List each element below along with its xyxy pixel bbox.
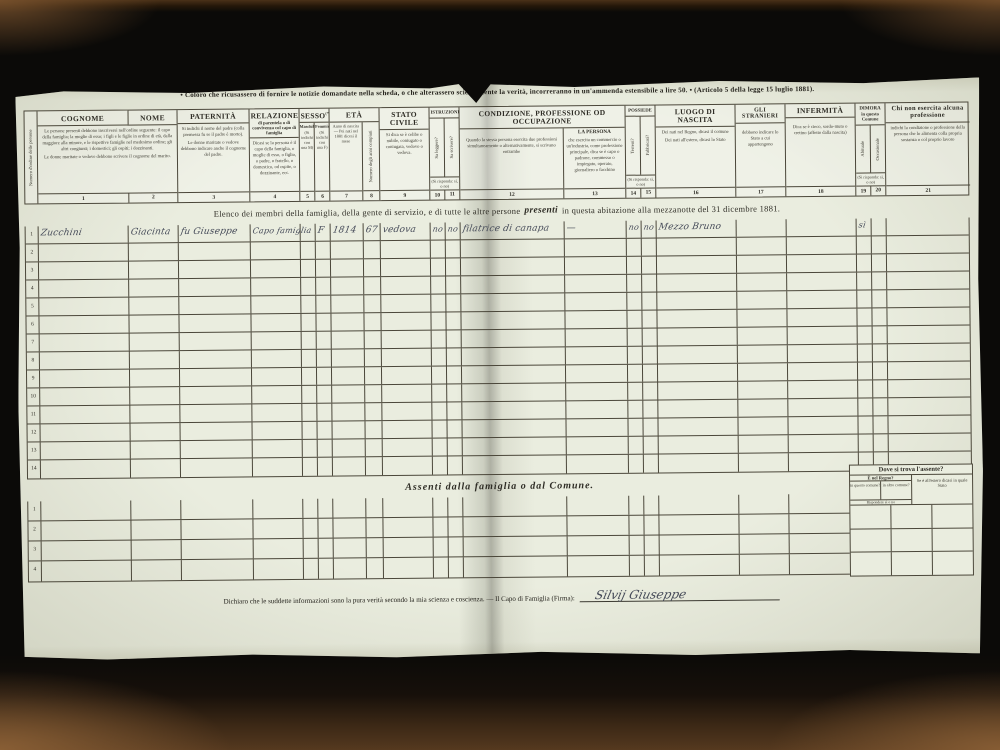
cell-relazione — [253, 519, 303, 538]
cell-sesso-f — [319, 539, 334, 558]
cell-dimora-abituale — [858, 416, 873, 433]
cell-anni-compiuti — [364, 313, 381, 330]
cell-nome — [130, 351, 180, 368]
handwriting-paternita: fu Giuseppe — [180, 227, 239, 238]
cell-sa-leggere — [431, 259, 446, 276]
cell-paternita: fu Giuseppe — [179, 224, 251, 242]
cell-sa-scrivere — [447, 420, 462, 437]
row-number: 1 — [28, 501, 41, 520]
cell-dimora-occasionale — [872, 218, 887, 235]
cell-la-persona — [566, 347, 628, 365]
cell-sa-leggere — [431, 277, 446, 294]
col-paternita: PATERNITÀ Si indichi il nome del padre (… — [177, 109, 250, 202]
cell-fabbricati — [643, 346, 658, 363]
col-istruzione: ISTRUZIONE Sa leggere? Sa scrivere? (Si … — [429, 107, 460, 199]
cell-stato-civile — [382, 421, 432, 438]
cell-dimora-abituale — [857, 272, 872, 289]
cell-anno-nascita — [331, 313, 364, 330]
cell-sa-leggere — [433, 439, 448, 456]
row-number: 7 — [27, 334, 40, 351]
col-num-21: 21 — [886, 187, 970, 194]
cell-relazione — [253, 458, 303, 476]
absent-location-box: Dove si trova l'assente? È nel Regno? in… — [849, 463, 974, 576]
col-stranieri: GLI STRANIERI debbono indicare lo Stato … — [735, 104, 786, 196]
cell-chi-non-esercita — [887, 271, 971, 289]
cell-nome — [132, 560, 182, 580]
cell-infermita — [788, 363, 858, 381]
cell-sesso-m — [303, 499, 318, 518]
infermita-note: Dica se è cieco, sordo-muto o cretino (a… — [786, 117, 856, 186]
dimora-title: DIMORA in questo Comune — [855, 103, 884, 125]
row-number: 10 — [27, 388, 40, 405]
cell-luogo-nascita — [657, 292, 737, 310]
cell-terreni — [628, 419, 643, 436]
cell-paternita — [181, 458, 253, 477]
handwriting-anno: 1814 — [332, 225, 357, 235]
cell-anni-compiuti — [364, 295, 381, 312]
cell-dimora-abituale — [857, 236, 872, 253]
cell-sa-scrivere — [449, 557, 464, 577]
col-luogo-nascita: LUOGO DI NASCITA Dei nati nel Regno, dic… — [655, 105, 736, 198]
col-dimora: DIMORA in questo Comune Abituale Occasio… — [855, 103, 886, 195]
cell-nome — [132, 540, 182, 559]
cell-sa-scrivere — [449, 537, 464, 556]
col-num-18: 18 — [786, 188, 855, 195]
cell-sesso-f — [317, 368, 332, 385]
cell-fabbricati — [643, 382, 658, 399]
cell-relazione — [251, 278, 301, 295]
cell-stranieri — [737, 291, 787, 308]
handwriting-dimora: sì — [858, 220, 867, 229]
cell-anno-nascita — [332, 385, 365, 402]
sesso-maschile: Maschile (Si indichi con una M) 5 — [300, 123, 315, 201]
cell-luogo-nascita — [659, 495, 739, 515]
cell-fabbricati — [643, 400, 658, 417]
cell-stato-civile — [383, 498, 433, 517]
cell-luogo-nascita — [657, 274, 737, 292]
col-possiede: POSSIEDE Terreni? Fabbricati? (Si rispon… — [625, 105, 656, 197]
cell-terreni — [628, 401, 643, 418]
cell-nome — [129, 297, 179, 314]
cell-relazione: Capo famiglia — [251, 224, 301, 241]
cell-anni-compiuti — [365, 403, 382, 420]
luogo-note: Dei nati nel Regno, dicasi il comune Dei… — [656, 126, 736, 187]
cell-anno-nascita — [332, 331, 365, 348]
cell-la-persona — [567, 496, 629, 516]
paternita-note: Si indichi il nome del padre (colla prem… — [178, 123, 250, 192]
stranieri-title: GLI STRANIERI — [735, 104, 784, 123]
col-condizione-professione: CONDIZIONE, PROFESSIONE OD OCCUPAZIONE Q… — [459, 106, 626, 200]
cell-anni-compiuti — [365, 349, 382, 366]
cell-anno-nascita — [333, 439, 366, 456]
cell-paternita — [180, 350, 252, 368]
cell-terreni — [627, 293, 642, 310]
handwriting-anni: 67 — [365, 225, 379, 235]
cell-relazione — [253, 499, 303, 518]
cell-la-persona: — — [565, 221, 627, 239]
cell-dimora-occasionale — [872, 236, 887, 253]
cell-terreni — [629, 516, 644, 535]
sesso-femmina: Femmina (Si indichi con una F) 6 — [314, 123, 329, 201]
cognome-nome-note: Le persone presenti debbono inscriversi … — [38, 125, 178, 193]
istruzione-scrivere: Sa scrivere? — [444, 118, 459, 176]
cell-stranieri — [738, 399, 788, 416]
cell-sa-leggere — [432, 421, 447, 438]
cell-anno-nascita — [332, 421, 365, 438]
cell-condizione — [461, 275, 565, 293]
col-num-14: 14 — [626, 190, 640, 196]
cell-sesso-f — [318, 458, 333, 476]
cell-la-persona — [565, 257, 627, 275]
cell-cognome — [40, 388, 130, 406]
cell-condizione — [462, 419, 566, 437]
cell-sesso-f — [316, 260, 331, 277]
cell-sa-leggere — [433, 518, 448, 537]
cell-sa-leggere — [432, 331, 447, 348]
col-relazione: RELAZIONE di parentela o di convivenza c… — [249, 109, 300, 201]
cell-nome: Giacinta — [129, 225, 179, 242]
cell-sesso-f — [316, 296, 331, 313]
cell-anni-compiuti — [366, 498, 383, 517]
cell-stranieri — [738, 363, 788, 380]
cell-stranieri — [739, 435, 789, 452]
cell-sa-scrivere — [447, 402, 462, 419]
cell-stranieri — [739, 514, 789, 533]
cell-la-persona — [566, 365, 628, 383]
cell-nome — [130, 423, 180, 440]
questo-comune-label: in questo comune? — [850, 481, 880, 499]
cell-luogo-nascita — [657, 310, 737, 328]
handwriting-luogo: Mezzo Bruno — [658, 222, 722, 233]
cell-stranieri — [740, 534, 790, 553]
cell-sa-leggere — [432, 403, 447, 420]
cell-sa-scrivere — [447, 348, 462, 365]
cell-luogo-nascita — [657, 256, 737, 274]
cell-cognome — [39, 280, 129, 298]
row-number: 14 — [28, 460, 41, 478]
cell-relazione — [252, 350, 302, 367]
cell-dimora-abituale — [858, 362, 873, 379]
cell-condizione — [461, 257, 565, 275]
condizione-title: CONDIZIONE, PROFESSIONE OD OCCUPAZIONE — [459, 106, 624, 129]
possiede-fabbricati: Fabbricati? — [640, 117, 655, 175]
cell-luogo-nascita — [658, 364, 738, 382]
cell-terreni — [630, 556, 645, 576]
cell-stato-civile — [381, 241, 431, 258]
cell-infermita — [789, 435, 859, 453]
cell-sa-leggere — [433, 457, 448, 475]
cell-condizione: filatrice di canapa — [461, 221, 565, 239]
cell-anno-nascita — [334, 538, 367, 557]
possiede-terreni: Terreni? — [626, 117, 641, 175]
cell-condizione — [462, 401, 566, 419]
cell-sesso-m — [302, 332, 317, 349]
cell-condizione — [462, 365, 566, 383]
cell-cognome — [41, 501, 131, 521]
cell-fabbricati — [643, 364, 658, 381]
paternita-title: PATERNITÀ — [177, 109, 248, 124]
cell-terreni — [628, 383, 643, 400]
cell-sa-scrivere — [446, 294, 461, 311]
cell-sesso-f — [318, 519, 333, 538]
cell-chi-non-esercita — [887, 217, 971, 235]
cell-dimora-occasionale — [873, 416, 888, 433]
col-num-3: 3 — [178, 194, 249, 201]
cell-sesso-f: F — [316, 224, 331, 241]
cell-cognome — [40, 406, 130, 424]
col-chi-non-esercita: Chi non esercita alcuna professione indi… — [885, 102, 970, 195]
luogo-title: LUOGO DI NASCITA — [655, 105, 734, 128]
cell-chi-non-esercita — [888, 415, 972, 433]
cell-sesso-f — [317, 350, 332, 367]
declaration-text: Dichiaro che le suddette informazioni so… — [224, 594, 575, 605]
handwriting-condizione: filatrice di canapa — [462, 224, 550, 235]
cell-sesso-f — [317, 404, 332, 421]
cell-terreni — [629, 437, 644, 454]
cell-nome — [130, 387, 180, 404]
cell-paternita — [181, 499, 253, 519]
cell-anni-compiuti: 67 — [364, 223, 381, 240]
cell-fabbricati — [645, 535, 660, 554]
cell-dimora-occasionale — [873, 326, 888, 343]
cell-stranieri — [738, 327, 788, 344]
cell-terreni — [628, 347, 643, 364]
cell-paternita — [181, 440, 253, 458]
handwriting-terreni: no — [628, 223, 640, 232]
cell-anno-nascita: 1814 — [331, 223, 364, 240]
row-number: 9 — [27, 370, 40, 387]
dimora-abituale: Abituale — [856, 125, 871, 172]
cell-cognome: Zucchini — [39, 226, 129, 244]
cell-sa-scrivere — [448, 517, 463, 536]
col-numero-ordine: Numero d'ordine delle persone — [24, 111, 38, 203]
cell-fabbricati — [642, 256, 657, 273]
photo-backdrop: • Coloro che ricusassero di fornire le n… — [0, 0, 1000, 750]
cell-anno-nascita — [332, 367, 365, 384]
cell-anni-compiuti — [366, 457, 383, 475]
cell-condizione — [461, 311, 565, 329]
cell-sesso-m — [301, 314, 316, 331]
handwriting-stato: vedova — [382, 225, 417, 235]
col-num-6: 6 — [316, 193, 330, 199]
cell-cognome — [39, 316, 129, 334]
col-num-16: 16 — [656, 189, 735, 196]
col-num-20: 20 — [870, 186, 885, 195]
col-num-4: 4 — [250, 193, 299, 199]
cell-anni-compiuti — [365, 367, 382, 384]
cell-chi-non-esercita — [889, 433, 973, 451]
infermita-title: INFERMITÀ — [785, 104, 854, 119]
cell-fabbricati — [644, 454, 659, 472]
cell-fabbricati — [642, 274, 657, 291]
cell-sesso-m — [304, 539, 319, 558]
cell-sa-scrivere: no — [446, 222, 461, 239]
cell-stranieri — [737, 219, 787, 236]
col-num-11: 11 — [444, 190, 459, 199]
cell-fabbricati — [645, 555, 660, 575]
cell-infermita — [787, 291, 857, 309]
cell-relazione — [254, 539, 304, 558]
cell-la-persona — [567, 437, 629, 455]
cell-fabbricati — [644, 436, 659, 453]
handwriting-sesso: F — [317, 226, 325, 236]
cell-sa-leggere — [432, 385, 447, 402]
cell-anno-nascita — [334, 558, 367, 578]
cell-sesso-f — [318, 499, 333, 518]
row-number: 6 — [26, 316, 39, 333]
rispondere-label: Rispondere sì o no — [850, 499, 911, 505]
cell-chi-non-esercita — [888, 397, 972, 415]
col-num-19: 19 — [856, 188, 870, 194]
cell-la-persona — [565, 311, 627, 329]
cell-infermita — [788, 399, 858, 417]
cell-stranieri — [737, 273, 787, 290]
cell-stato-civile — [383, 457, 433, 475]
cell-paternita — [180, 404, 252, 422]
cell-infermita — [787, 237, 857, 255]
cell-dimora-occasionale — [873, 344, 888, 361]
cell-sesso-m — [303, 440, 318, 457]
cell-relazione — [251, 314, 301, 331]
col-num-7: 7 — [330, 193, 362, 199]
cell-stranieri — [738, 381, 788, 398]
cell-stato-civile — [382, 367, 432, 384]
cell-stranieri — [739, 453, 789, 471]
col-infermita: INFERMITÀ Dica se è cieco, sordo-muto o … — [785, 104, 856, 197]
cell-relazione — [252, 404, 302, 421]
cell-condizione — [463, 496, 567, 516]
cell-sesso-m — [301, 260, 316, 277]
cell-sesso-m — [302, 368, 317, 385]
cell-sesso-f — [317, 386, 332, 403]
cell-fabbricati — [642, 238, 657, 255]
cell-anni-compiuti — [366, 439, 383, 456]
handwriting-cognome: Zucchini — [40, 228, 83, 238]
cell-sa-scrivere — [446, 312, 461, 329]
table-header: Numero d'ordine delle persone COGNOME NO… — [23, 101, 969, 204]
cell-sa-leggere — [433, 498, 448, 517]
cell-infermita — [788, 345, 858, 363]
cell-anno-nascita — [332, 403, 365, 420]
cell-fabbricati — [644, 495, 659, 514]
cell-sesso-m — [302, 422, 317, 439]
row-number: 4 — [29, 561, 42, 581]
cell-condizione — [461, 239, 565, 257]
cell-anni-compiuti — [364, 241, 381, 258]
row-number: 5 — [26, 298, 39, 315]
cell-sa-scrivere — [447, 384, 462, 401]
cell-terreni: no — [627, 221, 642, 238]
istruzione-title: ISTRUZIONE — [429, 107, 458, 118]
row-number: 8 — [27, 352, 40, 369]
cell-luogo-nascita — [659, 454, 739, 473]
cell-relazione — [251, 242, 301, 259]
cell-stato-civile — [381, 259, 431, 276]
cell-cognome — [42, 561, 132, 582]
cell-stranieri — [738, 345, 788, 362]
cell-sesso-m — [302, 404, 317, 421]
cell-dimora-abituale — [859, 434, 874, 451]
cell-sesso-m — [304, 559, 319, 579]
cell-paternita — [181, 519, 253, 539]
cell-anni-compiuti — [365, 331, 382, 348]
cell-infermita — [787, 309, 857, 327]
row-number: 2 — [28, 521, 41, 540]
cell-nome — [130, 405, 180, 422]
cell-stato-civile — [383, 518, 433, 537]
cell-relazione — [251, 296, 301, 313]
cell-sesso-m — [303, 458, 318, 476]
altro-comune-label: in altro comune? — [880, 481, 911, 499]
cell-fabbricati — [642, 292, 657, 309]
cell-terreni — [628, 329, 643, 346]
cell-anni-compiuti — [364, 259, 381, 276]
cell-anni-compiuti — [367, 558, 384, 578]
cell-anni-compiuti — [367, 538, 384, 557]
cell-stato-civile — [381, 277, 431, 294]
possiede-title: POSSIEDE — [625, 106, 654, 117]
cell-la-persona — [568, 556, 630, 577]
cell-terreni — [629, 496, 644, 515]
nome-title: NOME — [127, 110, 176, 124]
cell-chi-non-esercita — [887, 235, 971, 253]
cell-dimora-abituale — [858, 344, 873, 361]
cell-sesso-m — [301, 296, 316, 313]
cell-chi-non-esercita — [887, 289, 971, 307]
cell-fabbricati: no — [642, 220, 657, 237]
cell-dimora-abituale — [858, 398, 873, 415]
cell-la-persona — [566, 383, 628, 401]
cell-dimora-abituale — [857, 290, 872, 307]
cell-relazione — [251, 260, 301, 277]
cell-anno-nascita — [333, 518, 366, 537]
cell-sa-leggere: no — [431, 223, 446, 240]
cell-anno-nascita — [331, 277, 364, 294]
head-of-family-signature: Silvij Giuseppe — [579, 587, 782, 602]
col-num-5: 5 — [300, 193, 315, 199]
absent-box-grid — [850, 504, 973, 575]
row-number: 3 — [29, 541, 42, 560]
cell-luogo-nascita: Mezzo Bruno — [657, 220, 737, 238]
cell-sa-scrivere — [446, 258, 461, 275]
condizione-note-col: Quando la stessa persona esercita due pr… — [460, 128, 564, 199]
cell-chi-non-esercita — [887, 307, 971, 325]
cell-sesso-m — [301, 242, 316, 259]
cell-dimora-occasionale — [873, 398, 888, 415]
cognome-title: COGNOME — [37, 111, 127, 126]
cell-fabbricati — [643, 418, 658, 435]
cell-condizione — [463, 437, 567, 455]
cell-sa-scrivere — [446, 276, 461, 293]
stranieri-note: debbono indicare lo Stato a cui apparten… — [736, 123, 786, 187]
col-num-2: 2 — [128, 193, 177, 202]
cell-stato-civile — [384, 558, 434, 578]
cell-condizione — [464, 536, 568, 556]
row-number: 2 — [26, 244, 39, 261]
cell-sesso-f — [317, 332, 332, 349]
cell-condizione — [462, 347, 566, 365]
cell-sesso-m — [302, 350, 317, 367]
cell-condizione — [462, 329, 566, 347]
cell-la-persona — [565, 239, 627, 257]
cell-stranieri — [739, 494, 789, 513]
cell-dimora-occasionale — [874, 434, 889, 451]
cell-infermita — [788, 417, 858, 435]
cell-fabbricati — [643, 328, 658, 345]
cell-fabbricati — [644, 515, 659, 534]
relazione-note: Dicasi se la persona è il capo della fam… — [250, 138, 300, 191]
dimora-occasionale: Occasionale — [870, 125, 885, 172]
